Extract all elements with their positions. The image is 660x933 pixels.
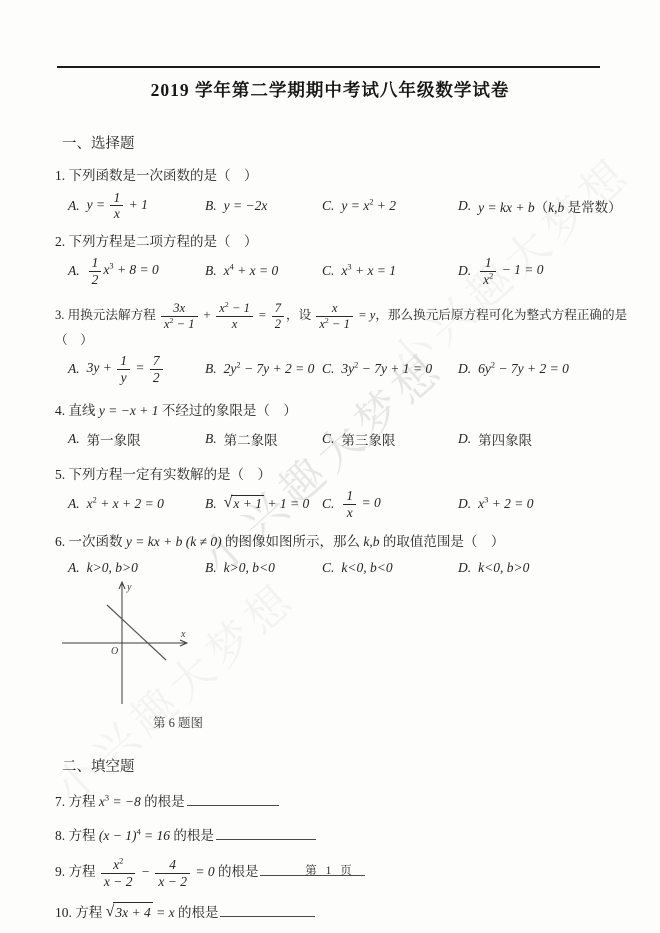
question-1-option-d: D.y = kx + b（k,b 是常数） (458, 196, 652, 216)
option-label: D. (458, 198, 471, 214)
question-3-stem: 3. 用换元法解方程 3xx2 − 1 + x2 − 1x = 72，设 xx2… (55, 301, 652, 349)
question-4-option-d: D.第四象限 (458, 429, 652, 449)
option-math: k<0, b<0 (341, 560, 392, 576)
question-6-stem: 6. 一次函数 y = kx + b (k ≠ 0) 的图像如图所示，那么 k,… (55, 532, 652, 552)
question-5-option-a: A.x2 + x + 2 = 0 (68, 496, 205, 512)
question-1-option-c: C.y = x2 + 2 (322, 198, 458, 214)
option-label: A. (68, 431, 80, 447)
option-math: y = −2x (224, 198, 268, 214)
option-label: C. (322, 263, 334, 279)
question-3-option-b: B.2y2 − 7y + 2 = 0 (205, 361, 322, 377)
question-6-option-d: D.k<0, b>0 (458, 560, 652, 576)
option-math: 12x3 + 8 = 0 (87, 255, 159, 287)
option-label: C. (322, 198, 334, 214)
question-4-stem: 4. 直线 y = −x + 1 不经过的象限是（ ） (55, 401, 652, 421)
option-math: k>0, b<0 (224, 560, 275, 576)
question-3-options: A.3y + 1y = 72 B.2y2 − 7y + 2 = 0 C.3y2 … (68, 349, 652, 389)
page-footer: 第 1 页 (0, 862, 660, 878)
option-label: B. (205, 361, 217, 377)
question-1-stem: 1. 下列函数是一次函数的是（ ） (55, 166, 652, 186)
option-math: y = 1x + 1 (87, 190, 148, 222)
q6-figure: y x O 第 6 题图 (55, 580, 660, 731)
option-math: 1x2 − 1 = 0 (478, 255, 543, 287)
option-math: 第二象限 (224, 429, 278, 449)
option-label: D. (458, 496, 471, 512)
option-label: B. (205, 496, 217, 512)
option-label: D. (458, 560, 471, 576)
question-2-option-c: C.x3 + x = 1 (322, 263, 458, 279)
q6-figure-caption: 第 6 题图 (153, 713, 660, 731)
option-label: C. (322, 431, 334, 447)
option-label: D. (458, 263, 471, 279)
option-label: B. (205, 431, 217, 447)
question-1-option-a: A.y = 1x + 1 (68, 190, 205, 222)
option-label: A. (68, 361, 80, 377)
option-label: D. (458, 361, 471, 377)
question-2-stem: 2. 下列方程是二项方程的是（ ） (55, 232, 652, 252)
option-math: k<0, b>0 (478, 560, 529, 576)
option-math: 第四象限 (478, 429, 532, 449)
header-rule (57, 66, 600, 68)
option-label: A. (68, 560, 80, 576)
question-5-option-b: B.√x + 1 + 1 = 0 (205, 495, 322, 513)
option-math: 第三象限 (341, 429, 395, 449)
option-math: 6y2 − 7y + 2 = 0 (478, 361, 569, 377)
question-6-option-a: A.k>0, b>0 (68, 560, 205, 576)
question-1-option-b: B.y = −2x (205, 198, 322, 214)
q6-figure-graph: y x O (55, 580, 195, 708)
question-3-option-c: C.3y2 − 7y + 1 = 0 (322, 361, 458, 377)
question-3-option-a: A.3y + 1y = 72 (68, 353, 205, 385)
question-6-options: A.k>0, b>0 B.k>0, b<0 C.k<0, b<0 D.k<0, … (68, 560, 652, 576)
question-4-options: A.第一象限 B.第二象限 C.第三象限 D.第四象限 (68, 429, 652, 449)
option-label: C. (322, 361, 334, 377)
option-math: 第一象限 (87, 429, 141, 449)
option-label: A. (68, 263, 80, 279)
option-label: B. (205, 198, 217, 214)
option-label: B. (205, 263, 217, 279)
option-label: B. (205, 560, 217, 576)
question-4-option-b: B.第二象限 (205, 429, 322, 449)
origin-label: O (111, 646, 118, 657)
option-math: 3y + 1y = 72 (87, 353, 165, 385)
question-1-options: A.y = 1x + 1 B.y = −2x C.y = x2 + 2 D.y … (68, 186, 652, 226)
question-2-options: A.12x3 + 8 = 0 B.x4 + x = 0 C.x3 + x = 1… (68, 251, 652, 291)
option-math: x4 + x = 0 (224, 263, 279, 279)
question-4-option-c: C.第三象限 (322, 429, 458, 449)
question-10-stem: 10. 方程 √3x + 4 = x 的根是 (55, 901, 652, 924)
option-math: 2y2 − 7y + 2 = 0 (224, 361, 315, 377)
section-choice-heading: 一、选择题 (62, 132, 660, 153)
option-math: 1x = 0 (341, 488, 380, 520)
question-2-option-b: B.x4 + x = 0 (205, 263, 322, 279)
option-math: 3y2 − 7y + 1 = 0 (341, 361, 432, 377)
option-math: k>0, b>0 (87, 560, 138, 576)
y-axis-label: y (126, 582, 132, 593)
question-6-option-c: C.k<0, b<0 (322, 560, 458, 576)
question-4-option-a: A.第一象限 (68, 429, 205, 449)
question-5-stem: 5. 下列方程一定有实数解的是（ ） (55, 465, 652, 485)
option-math: x3 + 2 = 0 (478, 496, 533, 512)
option-math: y = kx + b（k,b 是常数） (478, 196, 621, 216)
question-7-stem: 7. 方程 x3 = −8 的根是 (55, 792, 652, 812)
x-axis-label: x (180, 629, 186, 640)
option-label: D. (458, 431, 471, 447)
option-label: C. (322, 560, 334, 576)
page-title: 2019 学年第二学期期中考试八年级数学试卷 (0, 77, 660, 102)
section-blank-heading: 二、填空题 (62, 755, 660, 776)
option-math: y = x2 + 2 (341, 198, 396, 214)
option-math: x3 + x = 1 (341, 263, 396, 279)
question-6-option-b: B.k>0, b<0 (205, 560, 322, 576)
question-5-option-c: C.1x = 0 (322, 488, 458, 520)
option-label: A. (68, 496, 80, 512)
option-label: C. (322, 496, 334, 512)
question-8-stem: 8. 方程 (x − 1)4 = 16 的根是 (55, 826, 652, 846)
exam-paper-page: 小兴趣大梦想 小兴趣大梦想 小兴趣大梦想 2019 学年第二学期期中考试八年级数… (0, 0, 660, 933)
question-2-option-a: A.12x3 + 8 = 0 (68, 255, 205, 287)
question-5-options: A.x2 + x + 2 = 0 B.√x + 1 + 1 = 0 C.1x =… (68, 484, 652, 524)
option-math: √x + 1 + 1 = 0 (224, 495, 310, 513)
question-5-option-d: D.x3 + 2 = 0 (458, 496, 652, 512)
question-2-option-d: D.1x2 − 1 = 0 (458, 255, 652, 287)
question-3-option-d: D.6y2 − 7y + 2 = 0 (458, 361, 652, 377)
option-math: x2 + x + 2 = 0 (87, 496, 164, 512)
option-label: A. (68, 198, 80, 214)
